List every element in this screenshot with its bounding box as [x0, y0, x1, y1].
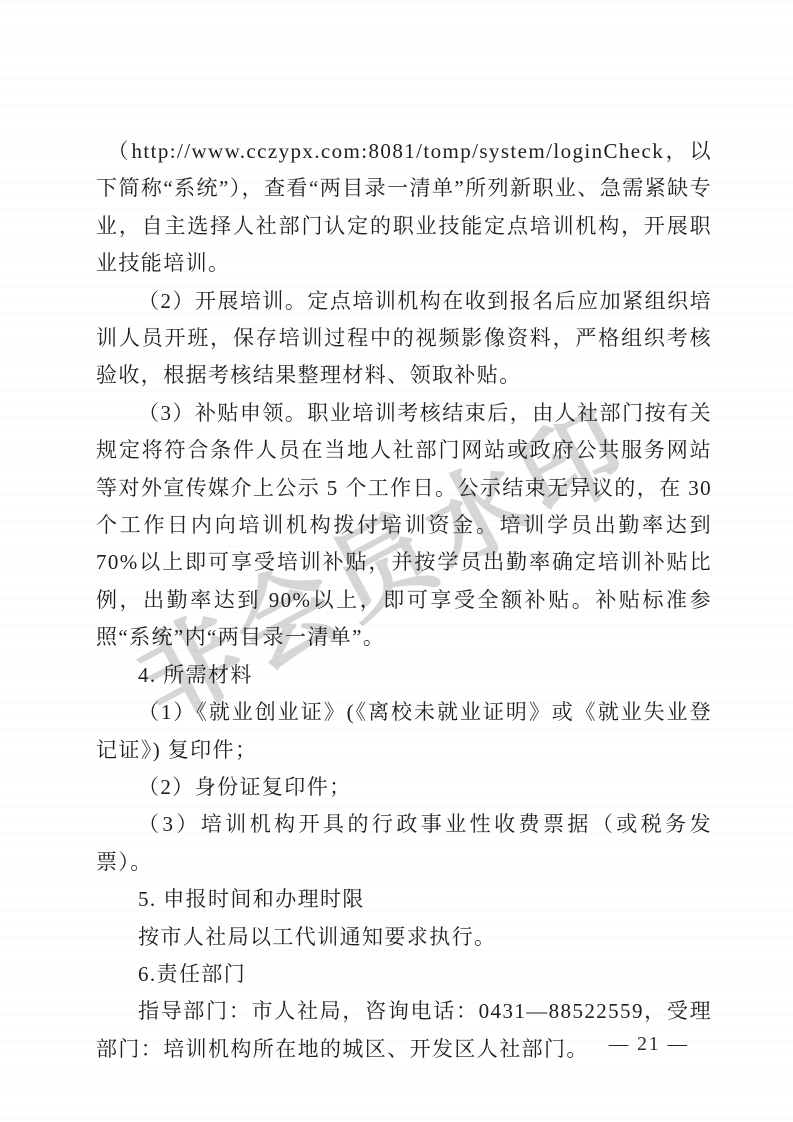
page-number: — 21 —	[609, 1034, 689, 1056]
paragraph-8: 5. 申报时间和办理时限	[96, 881, 712, 918]
paragraph-1: （http://www.cczypx.com:8081/tomp/system/…	[96, 133, 712, 283]
paragraph-6: （2）身份证复印件；	[96, 769, 712, 806]
paragraph-9: 按市人社局以工代训通知要求执行。	[96, 919, 712, 956]
paragraph-7: （3）培训机构开具的行政事业性收费票据（或税务发票）。	[96, 806, 712, 881]
paragraph-10: 6.责任部门	[96, 956, 712, 993]
paragraph-4: 4. 所需材料	[96, 657, 712, 694]
paragraph-3: （3）补贴申领。职业培训考核结束后，由人社部门按有关规定将符合条件人员在当地人社…	[96, 395, 712, 657]
paragraph-2: （2）开展培训。定点培训机构在收到报名后应加紧组织培训人员开班，保存培训过程中的…	[96, 283, 712, 395]
paragraph-5: （1）《就业创业证》(《离校未就业证明》或《就业失业登记证》) 复印件；	[96, 694, 712, 769]
document-page: 非会员水印 （http://www.cczypx.com:8081/tomp/s…	[0, 0, 793, 1122]
document-body: （http://www.cczypx.com:8081/tomp/system/…	[96, 133, 712, 1068]
paragraph-11: 指导部门：市人社局，咨询电话：0431—88522559，受理部门：培训机构所在…	[96, 993, 712, 1068]
